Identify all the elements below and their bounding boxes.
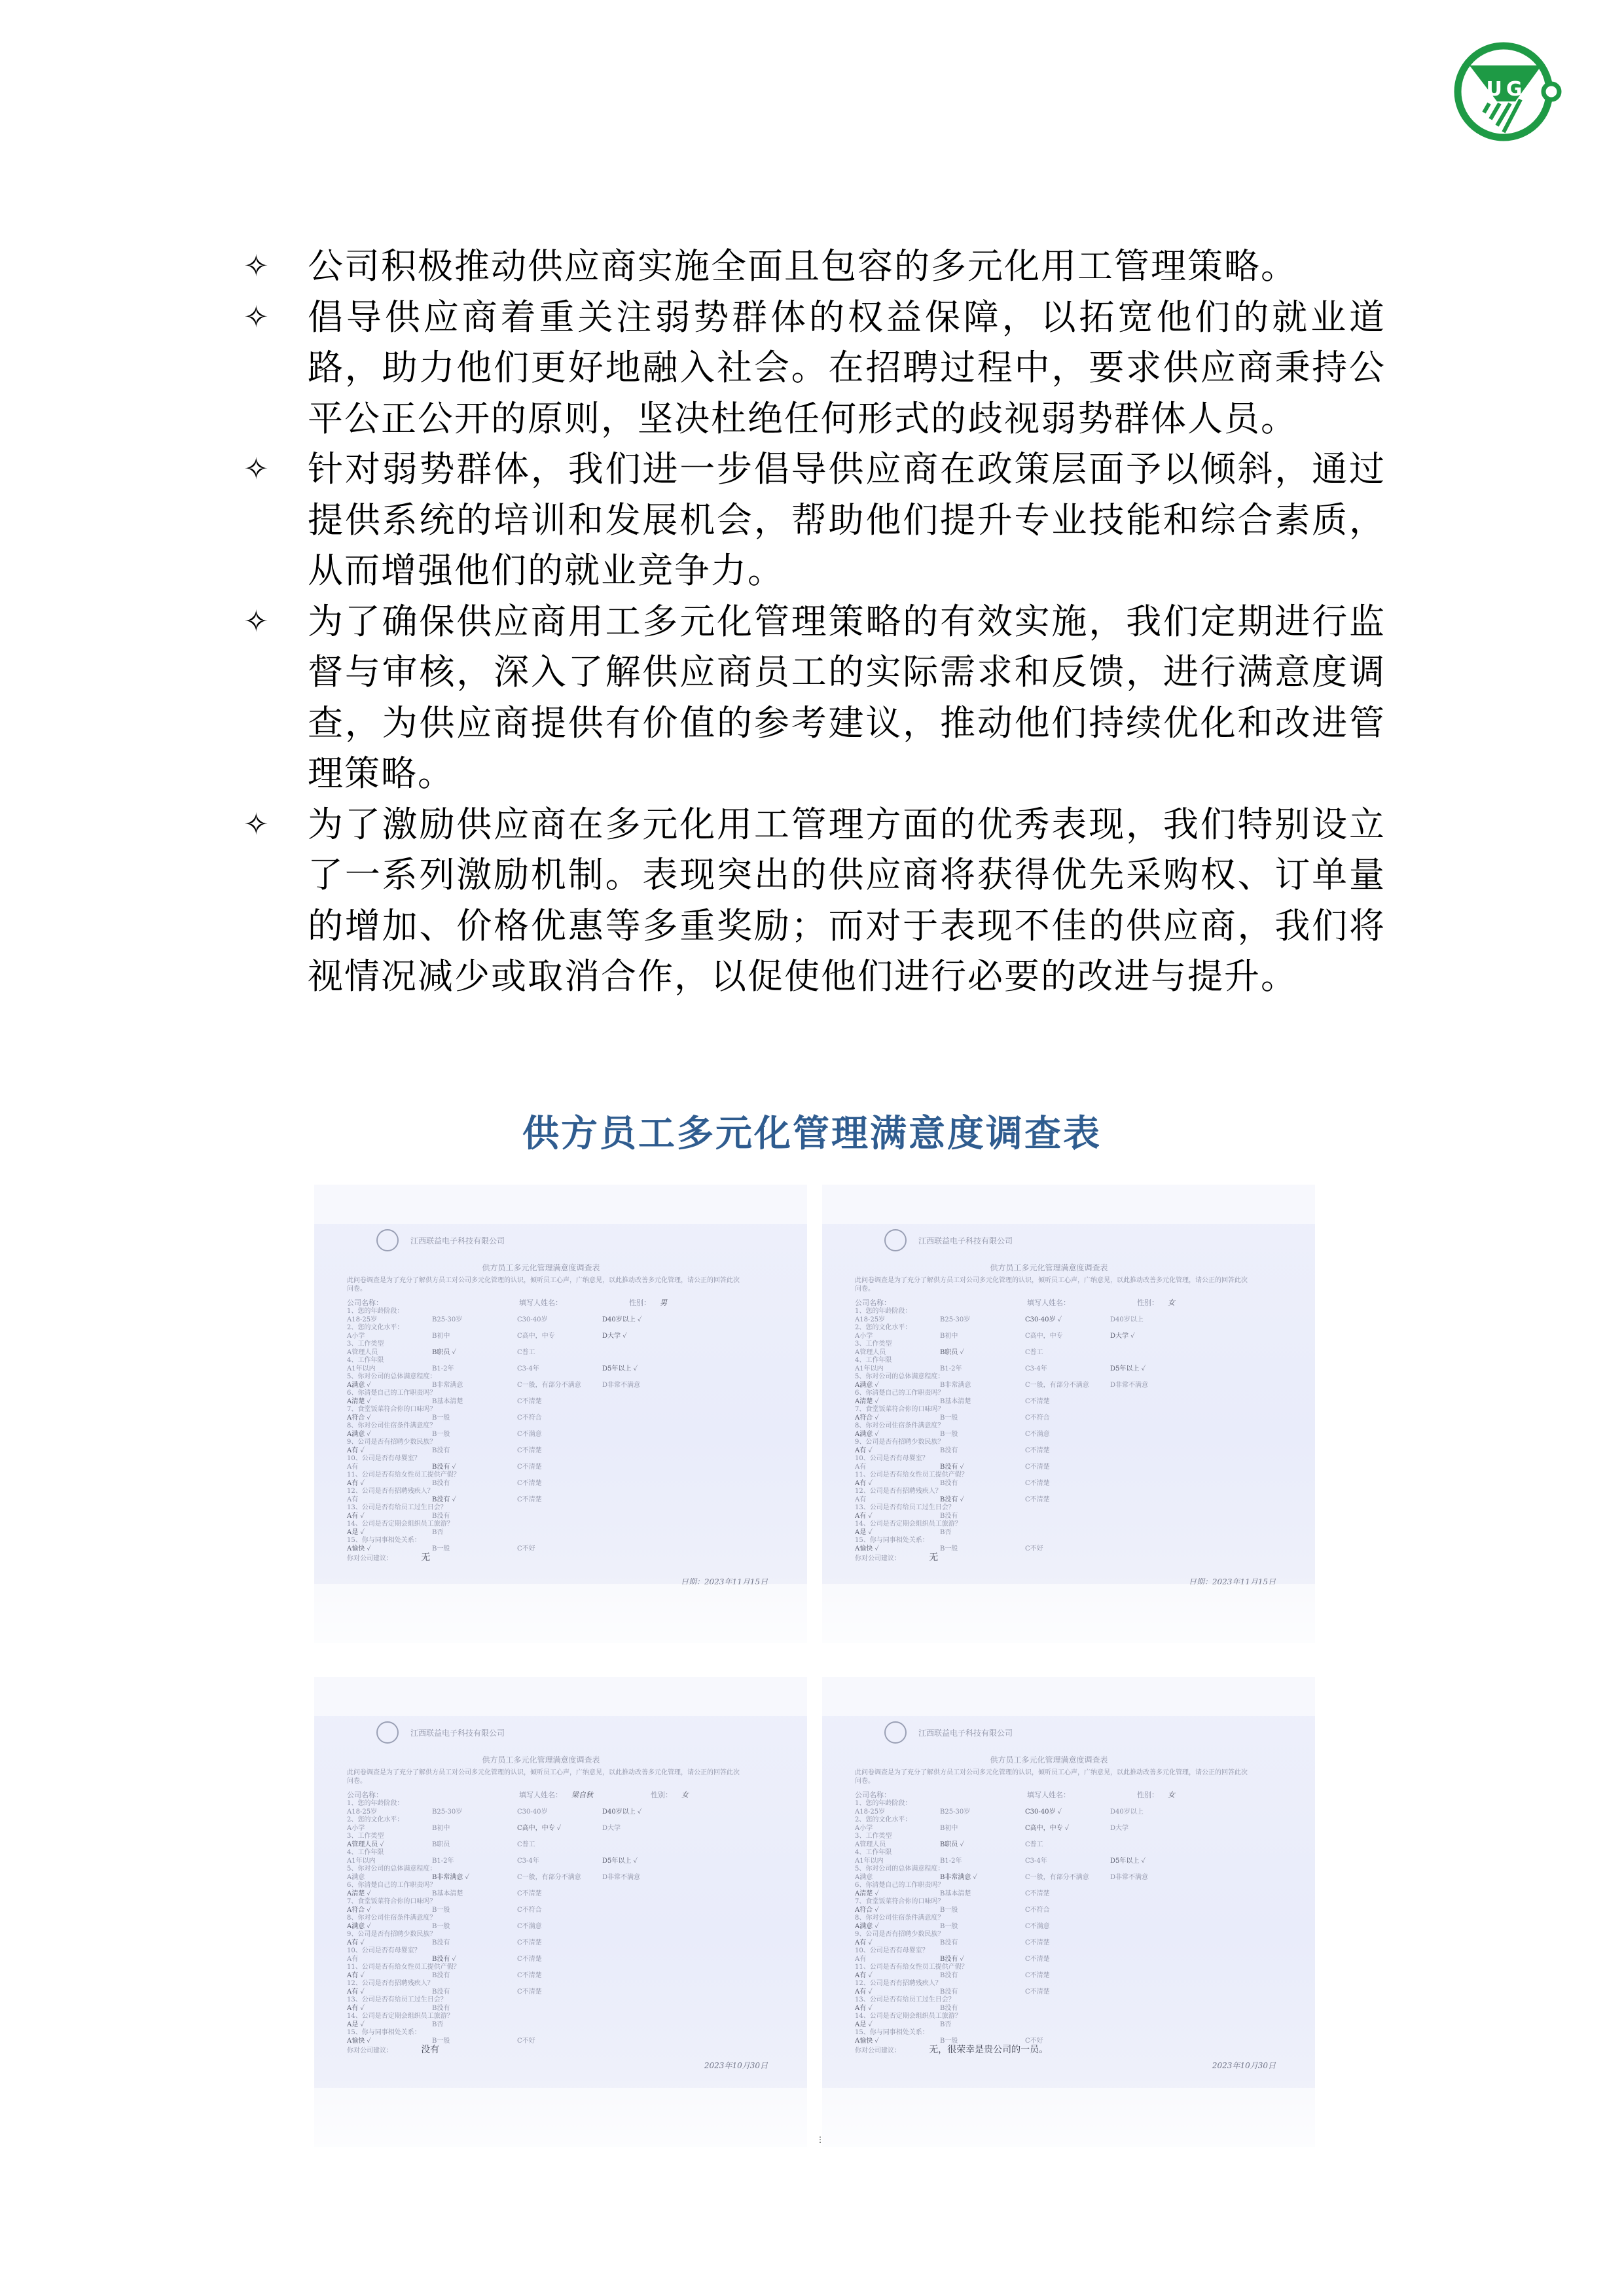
option-label: A清楚 [855, 1890, 873, 1897]
option-checked: A有 ✓ [855, 2005, 940, 2013]
question-options: A有 ✓B没有C不清楚 [347, 1988, 766, 1997]
option-label: A愉快 [855, 1545, 873, 1552]
question-options: A管理人员B职员 ✓C普工 [855, 1349, 1274, 1357]
question: 4、工作年限 [347, 1849, 766, 1857]
option-checked: A清楚 ✓ [855, 1398, 940, 1407]
option-checked: B非常满意 ✓ [940, 1874, 1025, 1882]
option-label: B初中 [432, 1333, 450, 1340]
option: D大学 [1110, 1825, 1195, 1833]
option-label: A18-25岁 [855, 1808, 885, 1816]
option-checked: A符合 ✓ [855, 1907, 940, 1915]
suggestion-text: 无 [929, 1552, 938, 1563]
option: A18-25岁 [347, 1808, 432, 1817]
scan-questions: 1、您的年龄阶段：A18-25岁B25-30岁C30-40岁 ✓D40岁以上2、… [855, 1308, 1274, 1564]
option: B1-2年 [432, 1857, 517, 1866]
option-label: B没有 [432, 1939, 450, 1946]
filler-name: 梁自秋 [571, 1789, 593, 1800]
checkmark-icon: ✓ [873, 1382, 879, 1389]
option-label: C30-40岁 [517, 1316, 547, 1323]
option-checked: A有 ✓ [855, 1480, 940, 1488]
checkmark-icon: ✓ [873, 1414, 879, 1422]
option: A小学 [855, 1333, 940, 1341]
option-checked: A愉快 ✓ [855, 1545, 940, 1554]
bullet-text: 公司积极推动供应商实施全面且包容的多元化用工管理策略。 [308, 245, 1297, 287]
option-label: C不清楚 [517, 1447, 542, 1454]
option-label: B一般 [432, 1907, 450, 1914]
checkmark-icon: ✓ [365, 1382, 371, 1389]
option-checked: A清楚 ✓ [855, 1890, 940, 1899]
option-label: D大学 [1110, 1825, 1128, 1832]
question-options: A有 ✓B没有 [855, 2005, 1274, 2013]
question: 15、你与同事相处关系： [855, 1537, 1274, 1545]
option-label: A清楚 [347, 1398, 365, 1405]
option-label: C不清楚 [1025, 1956, 1050, 1963]
policy-bullet-list: ✧ 公司积极推动供应商实施全面且包容的多元化用工管理策略。 ✧ 倡导供应商着重关… [244, 241, 1386, 1002]
option-checked: D5年以上 ✓ [1110, 1857, 1195, 1866]
question-options: A清楚 ✓B基本清楚C不清楚 [855, 1890, 1274, 1899]
question-options: A小学B初中C高中，中专D大学 ✓ [347, 1333, 766, 1341]
option: B没有 [940, 1447, 1025, 1456]
scan-fill-line: 公司名称： 填写人姓名： 梁自秋 性别： 女 [347, 1789, 753, 1800]
option: C30-40岁 [517, 1808, 602, 1817]
option-checked: C高中，中专 ✓ [1025, 1825, 1110, 1833]
option: C3-4年 [517, 1365, 602, 1374]
option: C不清楚 [517, 1398, 602, 1407]
checkmark-icon: ✓ [866, 1447, 873, 1454]
option: A小学 [347, 1825, 432, 1833]
option-label: A愉快 [855, 2037, 873, 2045]
scan-questions: 1、您的年龄阶段：A18-25岁B25-30岁C30-40岁D40岁以上 ✓2、… [347, 1308, 766, 1564]
gender-label: 性别： [651, 1789, 672, 1800]
option: C3-4年 [1025, 1365, 1110, 1374]
suggestion-line: 你对公司建议： 无 [347, 1553, 766, 1564]
option-checked: B没有 ✓ [940, 1496, 1025, 1505]
option-label: B1-2年 [432, 1857, 454, 1865]
suggestion-text: 没有 [421, 2045, 439, 2055]
question-options: A有B没有 ✓C不清楚 [347, 1496, 766, 1505]
option-label: A符合 [855, 1907, 873, 1914]
question-options: A18-25岁B25-30岁C30-40岁D40岁以上 ✓ [347, 1316, 766, 1325]
option-label: C不好 [1025, 1545, 1043, 1552]
scan-form-title: 供方员工多元化管理满意度调查表 [822, 1262, 1315, 1273]
option-label: A符合 [347, 1907, 365, 1914]
option: B基本清楚 [432, 1890, 517, 1899]
question: 12、公司是否有招聘残疾人？ [347, 1980, 766, 1988]
option: A管理人员 [347, 1349, 432, 1357]
checkmark-icon: ✓ [1128, 1333, 1135, 1340]
question-options: A满意B非常满意 ✓C一般，有部分不满意D非常不满意 [347, 1874, 766, 1882]
option: C不好 [517, 1545, 602, 1554]
option: B初中 [940, 1825, 1025, 1833]
question: 10、公司是否有母婴室？ [347, 1455, 766, 1463]
option-label: B没有 [940, 1463, 958, 1471]
company-label: 公司名称： [347, 1789, 383, 1800]
option: B1-2年 [432, 1365, 517, 1374]
option-label: D大学 [602, 1333, 621, 1340]
question-options: A有 ✓B没有C不清楚 [855, 1939, 1274, 1948]
checkmark-icon: ✓ [866, 1988, 873, 1996]
question-options: A满意B非常满意 ✓C一般，有部分不满意D非常不满意 [855, 1874, 1274, 1882]
option-label: D40岁以上 [602, 1316, 636, 1323]
option-label: A18-25岁 [855, 1316, 885, 1323]
checkmark-icon: ✓ [365, 1923, 371, 1930]
option-label: C不清楚 [1025, 1496, 1050, 1503]
option-label: C普工 [517, 1349, 535, 1356]
checkmark-icon: ✓ [866, 2021, 873, 2028]
company-logo-icon: UG [1443, 26, 1574, 144]
option-label: A有 [347, 1480, 358, 1487]
question: 7、食堂饭菜符合你的口味吗？ [347, 1898, 766, 1907]
option-label: B1-2年 [940, 1857, 962, 1865]
option-label: D大学 [1110, 1333, 1128, 1340]
scan-header: 江西联益电子科技有限公司 [376, 1721, 505, 1744]
option-label: D5年以上 [1110, 1365, 1139, 1372]
question-options: A满意 ✓B一般C不满意 [855, 1923, 1274, 1931]
option-label: A有 [855, 1988, 866, 1996]
option-label: C不符合 [1025, 1414, 1050, 1422]
option: C不清楚 [517, 1956, 602, 1964]
question-options: A有 ✓B没有C不清楚 [855, 1988, 1274, 1997]
checkmark-icon: ✓ [450, 1349, 456, 1356]
question-options: A愉快 ✓B一般C不好 [347, 2037, 766, 2046]
question-options: A符合 ✓B一般C不符合 [347, 1907, 766, 1915]
option-label: A是 [347, 1529, 358, 1536]
checkmark-icon: ✓ [358, 2021, 365, 2028]
option-label: C普工 [1025, 1349, 1043, 1356]
option-checked: B职员 ✓ [940, 1841, 1025, 1850]
option: C不清楚 [1025, 1398, 1110, 1407]
option-checked: B职员 ✓ [432, 1349, 517, 1357]
option: B没有 [432, 1939, 517, 1948]
option-checked: B非常满意 ✓ [432, 1874, 517, 1882]
checkmark-icon: ✓ [555, 1825, 562, 1832]
option-checked: A有 ✓ [347, 2005, 432, 2013]
checkmark-icon: ✓ [365, 1398, 371, 1405]
option-label: D非常不满意 [602, 1382, 640, 1389]
checkmark-icon: ✓ [873, 1398, 879, 1405]
option: A有 [347, 1956, 432, 1964]
option-label: B没有 [940, 1480, 958, 1487]
option-label: A满意 [347, 1874, 365, 1881]
scan-form-title: 供方员工多元化管理满意度调查表 [314, 1262, 807, 1273]
option: B非常满意 [432, 1382, 517, 1390]
option: D40岁以上 [1110, 1316, 1195, 1325]
option-label: B没有 [432, 2005, 450, 2012]
option: C不清楚 [517, 1447, 602, 1456]
option: B一般 [940, 1431, 1025, 1439]
option: A1年以内 [855, 1365, 940, 1374]
option: B基本清楚 [940, 1890, 1025, 1899]
question: 7、食堂饭菜符合你的口味吗？ [855, 1898, 1274, 1907]
option: B一般 [432, 1923, 517, 1931]
option-label: A有 [855, 1480, 866, 1487]
option: B1-2年 [940, 1857, 1025, 1866]
option-label: B职员 [432, 1841, 450, 1848]
option: A管理人员 [855, 1841, 940, 1850]
filler-gender: 女 [1168, 1789, 1175, 1800]
question-options: A愉快 ✓B一般C不好 [855, 1545, 1274, 1554]
option-label: A符合 [855, 1414, 873, 1422]
option-label: C高中，中专 [517, 1825, 555, 1832]
checkmark-icon: ✓ [358, 1513, 365, 1520]
question-options: A有B没有 ✓C不清楚 [855, 1463, 1274, 1472]
option-label: D5年以上 [602, 1365, 631, 1372]
question: 8、你对公司住宿条件满意度？ [347, 1422, 766, 1431]
option-label: B一般 [940, 1545, 958, 1552]
option: C高中，中专 [517, 1333, 602, 1341]
question: 14、公司是否定期会组织员工旅游？ [347, 1520, 766, 1529]
scan-fill-line: 公司名称： 填写人姓名： 性别： 女 [855, 1789, 1261, 1800]
option-label: B没有 [432, 1480, 450, 1487]
option-label: A满意 [347, 1382, 365, 1389]
option-label: C不清楚 [517, 1890, 542, 1897]
option: C普工 [1025, 1349, 1110, 1357]
option-checked: A是 ✓ [855, 2021, 940, 2030]
question: 5、你对公司的总体满意程度： [347, 1865, 766, 1874]
scan-intro: 此问卷调查是为了充分了解供方员工对公司多元化管理的认识，倾听员工心声，广纳意见，… [855, 1276, 1248, 1293]
checkmark-icon: ✓ [958, 1349, 964, 1356]
option-label: C高中，中专 [517, 1333, 555, 1340]
question: 11、公司是否有给女性员工提供产假？ [347, 1964, 766, 1972]
option-label: B一般 [432, 2037, 450, 2045]
option-checked: A有 ✓ [855, 1447, 940, 1456]
checkmark-icon: ✓ [358, 1939, 365, 1946]
option: C不满意 [517, 1923, 602, 1931]
question-options: A是 ✓B否 [347, 2021, 766, 2030]
checkmark-icon: ✓ [365, 1545, 371, 1552]
option: B1-2年 [940, 1365, 1025, 1374]
question: 15、你与同事相处关系： [855, 2029, 1274, 2037]
question-options: A符合 ✓B一般C不符合 [855, 1414, 1274, 1423]
option-label: A管理人员 [855, 1349, 886, 1356]
question: 8、你对公司住宿条件满意度？ [855, 1422, 1274, 1431]
checkmark-icon: ✓ [1139, 1365, 1146, 1372]
option-label: D40岁以上 [602, 1808, 636, 1816]
option-label: B职员 [432, 1349, 450, 1356]
question: 11、公司是否有给女性员工提供产假？ [855, 1471, 1274, 1480]
checkmark-icon: ✓ [358, 1447, 365, 1454]
bullet-text: 为了确保供应商用工多元化管理策略的有效实施，我们定期进行监督与审核，深入了解供应… [308, 601, 1386, 795]
option: B25-30岁 [940, 1316, 1025, 1325]
option-label: C3-4年 [1025, 1857, 1047, 1865]
option-label: D非常不满意 [1110, 1874, 1148, 1881]
option-label: A有 [347, 1988, 358, 1996]
checkmark-icon: ✓ [873, 1907, 879, 1914]
option: C不符合 [1025, 1414, 1110, 1423]
question-options: A是 ✓B否 [855, 2021, 1274, 2030]
option: A小学 [347, 1333, 432, 1341]
svg-text:UG: UG [1487, 78, 1526, 101]
option-label: C30-40岁 [517, 1808, 547, 1816]
option-checked: A有 ✓ [347, 1972, 432, 1981]
option: D40岁以上 [1110, 1808, 1195, 1817]
option-label: B基本清楚 [432, 1398, 463, 1405]
question-options: A是 ✓B否 [855, 1529, 1274, 1537]
option-checked: C30-40岁 ✓ [1025, 1808, 1110, 1817]
checkmark-icon: ✓ [958, 1496, 964, 1503]
question-options: A有 ✓B没有 [347, 1513, 766, 1521]
option: B一般 [432, 1907, 517, 1915]
scan-header: 江西联益电子科技有限公司 [884, 1721, 1013, 1744]
bullet-text: 为了激励供应商在多元化用工管理方面的优秀表现，我们特别设立了一系列激励机制。表现… [308, 804, 1386, 997]
option: C普工 [517, 1841, 602, 1850]
option-label: A有 [347, 1496, 358, 1503]
option: B基本清楚 [432, 1398, 517, 1407]
option-label: B没有 [940, 1513, 958, 1520]
option: B没有 [432, 1480, 517, 1488]
question: 10、公司是否有母婴室？ [855, 1455, 1274, 1463]
option-label: A有 [347, 1972, 358, 1979]
checkmark-icon: ✓ [958, 1956, 964, 1963]
option: B初中 [432, 1333, 517, 1341]
option: C不满意 [1025, 1431, 1110, 1439]
option-checked: B没有 ✓ [940, 1463, 1025, 1472]
bullet-text: 针对弱势群体，我们进一步倡导供应商在政策层面予以倾斜，通过提供系统的培训和发展机… [308, 448, 1386, 591]
checkmark-icon: ✓ [866, 1939, 873, 1946]
option-label: B一般 [940, 1431, 958, 1438]
option-label: C不清楚 [1025, 1939, 1050, 1946]
question-options: A18-25岁B25-30岁C30-40岁D40岁以上 ✓ [347, 1808, 766, 1817]
star-bullet-icon: ✧ [244, 799, 270, 850]
survey-section-title: 供方员工多元化管理满意度调查表 [0, 1105, 1624, 1157]
checkmark-icon: ✓ [866, 2005, 873, 2012]
option-label: B否 [940, 1529, 951, 1536]
survey-scan: 江西联益电子科技有限公司 供方员工多元化管理满意度调查表此问卷调查是为了充分了解… [822, 1185, 1315, 1643]
checkmark-icon: ✓ [873, 1545, 879, 1552]
question: 14、公司是否定期会组织员工旅游？ [855, 2013, 1274, 2021]
scan-intro: 此问卷调查是为了充分了解供方员工对公司多元化管理的认识，倾听员工心声，广纳意见，… [855, 1768, 1248, 1785]
option-checked: A满意 ✓ [855, 1923, 940, 1931]
checkmark-icon: ✓ [873, 1923, 879, 1930]
gender-label: 性别： [629, 1297, 651, 1308]
option: A有 [347, 1496, 432, 1505]
option-label: B基本清楚 [940, 1398, 971, 1405]
suggestion-line: 你对公司建议： 没有 [347, 2045, 766, 2056]
checkmark-icon: ✓ [866, 1529, 873, 1536]
question: 4、工作年限 [855, 1849, 1274, 1857]
option-label: A愉快 [347, 2037, 365, 2045]
option-label: C不符合 [517, 1907, 542, 1914]
question-options: A满意 ✓B非常满意C一般，有部分不满意D非常不满意 [347, 1382, 766, 1390]
option-label: B非常满意 [940, 1382, 971, 1389]
star-bullet-icon: ✧ [244, 444, 270, 495]
option-label: A是 [855, 2021, 866, 2028]
option-label: C不清楚 [517, 1480, 542, 1487]
suggestion-text: 无 [421, 1552, 430, 1563]
option: D非常不满意 [1110, 1382, 1195, 1390]
option-label: C不满意 [517, 1431, 542, 1438]
option-label: A1年以内 [855, 1365, 884, 1372]
option-label: D大学 [602, 1825, 621, 1832]
company-label: 公司名称： [347, 1297, 383, 1308]
bullet-item: ✧ 为了确保供应商用工多元化管理策略的有效实施，我们定期进行监督与审核，深入了解… [244, 596, 1386, 799]
option-label: C不清楚 [1025, 1972, 1050, 1979]
option-label: B没有 [940, 1939, 958, 1946]
option-label: B否 [940, 2021, 951, 2028]
option-label: A有 [855, 1496, 866, 1503]
scan-logo-icon [884, 1721, 907, 1744]
checkmark-icon: ✓ [1063, 1825, 1070, 1832]
option-checked: D40岁以上 ✓ [602, 1316, 687, 1325]
star-bullet-icon: ✧ [244, 292, 270, 343]
option-label: B没有 [432, 1988, 450, 1996]
option: D大学 [602, 1825, 687, 1833]
survey-scan: 江西联益电子科技有限公司 供方员工多元化管理满意度调查表此问卷调查是为了充分了解… [314, 1185, 807, 1643]
question: 1、您的年龄阶段： [855, 1308, 1274, 1316]
option-checked: A有 ✓ [347, 1447, 432, 1456]
question-options: A1年以内B1-2年C3-4年D5年以上 ✓ [347, 1365, 766, 1374]
question: 13、公司是否有给员工过生日会？ [855, 1504, 1274, 1513]
question-options: A管理人员B职员 ✓C普工 [347, 1349, 766, 1357]
suggestion-label: 你对公司建议： [855, 1555, 901, 1562]
question: 12、公司是否有招聘残疾人？ [855, 1488, 1274, 1496]
option-label: B没有 [432, 1496, 450, 1503]
option-label: B一般 [432, 1431, 450, 1438]
option-label: C30-40岁 [1025, 1808, 1055, 1816]
option: C不符合 [1025, 1907, 1110, 1915]
checkmark-icon: ✓ [450, 1956, 456, 1963]
checkmark-icon: ✓ [631, 1365, 638, 1372]
option-checked: D大学 ✓ [602, 1333, 687, 1341]
option-checked: C30-40岁 ✓ [1025, 1316, 1110, 1325]
question: 13、公司是否有给员工过生日会？ [855, 1996, 1274, 2005]
checkmark-icon: ✓ [636, 1808, 642, 1816]
option: C不清楚 [517, 1988, 602, 1997]
filler-gender: 男 [660, 1297, 667, 1308]
option-checked: A是 ✓ [347, 1529, 432, 1537]
question: 8、你对公司住宿条件满意度？ [855, 1914, 1274, 1923]
checkmark-icon: ✓ [873, 2037, 879, 2045]
scan-intro: 此问卷调查是为了充分了解供方员工对公司多元化管理的认识，倾听员工心声，广纳意见，… [347, 1768, 740, 1785]
question-options: A18-25岁B25-30岁C30-40岁 ✓D40岁以上 [855, 1808, 1274, 1817]
question-options: A有 ✓B没有C不清楚 [347, 1447, 766, 1456]
company-label: 公司名称： [855, 1789, 891, 1800]
option-label: A管理人员 [855, 1841, 886, 1848]
checkmark-icon: ✓ [358, 2005, 365, 2012]
scan-company-name: 江西联益电子科技有限公司 [918, 1235, 1013, 1246]
checkmark-icon: ✓ [958, 1463, 964, 1471]
option: D非常不满意 [1110, 1874, 1195, 1882]
question-options: A有 ✓B没有 [855, 1513, 1274, 1521]
option-label: A小学 [855, 1825, 873, 1832]
option: C3-4年 [517, 1857, 602, 1866]
option-checked: A符合 ✓ [855, 1414, 940, 1423]
question-options: A有 ✓B没有C不清楚 [347, 1939, 766, 1948]
option-checked: D5年以上 ✓ [602, 1857, 687, 1866]
question: 15、你与同事相处关系： [347, 2029, 766, 2037]
scan-company-name: 江西联益电子科技有限公司 [918, 1727, 1013, 1738]
checkmark-icon: ✓ [1139, 1857, 1146, 1865]
option: A管理人员 [855, 1349, 940, 1357]
scan-intro: 此问卷调查是为了充分了解供方员工对公司多元化管理的认识，倾听员工心声，广纳意见，… [347, 1276, 740, 1293]
question: 3、工作类型 [855, 1833, 1274, 1841]
checkmark-icon: ✓ [365, 1890, 371, 1897]
question-options: A是 ✓B否 [347, 1529, 766, 1537]
option-label: B25-30岁 [940, 1808, 970, 1816]
question: 9、公司是否有招聘少数民族？ [347, 1931, 766, 1939]
question-options: A清楚 ✓B基本清楚C不清楚 [347, 1398, 766, 1407]
option: C不清楚 [517, 1463, 602, 1472]
option: B没有 [940, 1972, 1025, 1981]
question: 10、公司是否有母婴室？ [347, 1947, 766, 1956]
name-label: 填写人姓名： [1027, 1297, 1070, 1308]
scan-logo-icon [376, 1229, 399, 1251]
option: A小学 [855, 1825, 940, 1833]
question: 12、公司是否有招聘残疾人？ [855, 1980, 1274, 1988]
question: 13、公司是否有给员工过生日会？ [347, 1996, 766, 2005]
filler-gender: 女 [681, 1789, 689, 1800]
question: 6、你清楚自己的工作职责吗？ [347, 1390, 766, 1398]
